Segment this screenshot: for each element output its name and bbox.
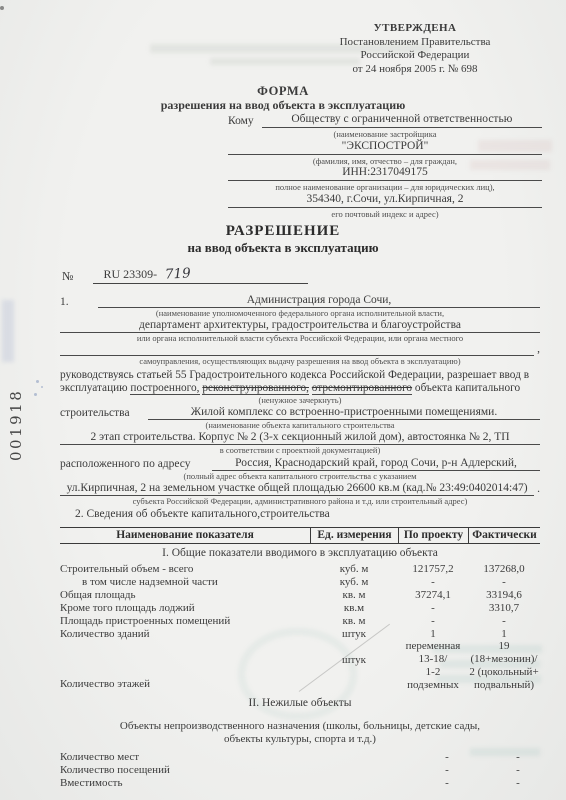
table-row: Количество зданий штук 1 1 — [60, 628, 540, 641]
field-hint: (наименование застройщика — [228, 129, 542, 140]
field-hint: (фамилия, имя, отчество – для граждан, — [228, 156, 542, 167]
row-unit: кв. м — [310, 615, 398, 628]
form-title-line: ФОРМА — [0, 84, 566, 98]
field-hint: его почтовый индекс и адрес) — [228, 209, 542, 220]
row-unit: штук — [310, 640, 398, 692]
approval-line: Российской Федерации — [288, 49, 542, 63]
floors-project-line: 1-2 — [398, 666, 468, 679]
field-hint: (наименование уполномоченного федерально… — [60, 308, 540, 319]
table-row: Общая площадь кв. м 37274,1 33194,6 — [60, 589, 540, 602]
field-hint: (полный адрес объекта капитального строи… — [60, 471, 540, 482]
indicators-table: Наименование показателя Ед. измерения По… — [60, 527, 540, 790]
row-project-value: - — [398, 777, 468, 790]
scan-edge-mark — [0, 6, 4, 10]
approval-block: УТВЕРЖДЕНА Постановлением Правительства … — [288, 22, 542, 76]
row-actual-value: - — [468, 751, 540, 764]
body-section: 1. Администрация города Сочи, (наименова… — [60, 294, 540, 520]
blank-line: , — [60, 343, 540, 356]
document-title-line: на ввод объекта в эксплуатацию — [0, 240, 566, 255]
object-address-1: Россия, Краснодарский край, город Сочи, … — [212, 457, 540, 471]
row-actual-value: - — [468, 615, 540, 628]
form-title-line: разрешения на ввод объекта в эксплуатаци… — [0, 98, 566, 112]
number-label: № — [62, 269, 73, 284]
field-hint: (ненужное зачеркнуть) — [60, 395, 540, 406]
number-printed: RU 23309- — [103, 267, 157, 281]
column-header: По проекту — [398, 528, 468, 543]
object-name-2: 2 этап строительства. Корпус № 2 (3-х се… — [60, 431, 540, 445]
form-title: ФОРМА разрешения на ввод объекта в экспл… — [0, 84, 566, 112]
row-actual-value: - — [468, 777, 540, 790]
floors-project-line: 13-18/ — [398, 653, 468, 666]
table-header-row: Наименование показателя Ед. измерения По… — [60, 527, 540, 544]
section-2-heading: 2. Сведения об объекте капитального,стро… — [60, 508, 540, 520]
document-number: № RU 23309-719 — [62, 266, 308, 284]
row-project-value: 1 — [398, 628, 468, 641]
approval-line: Постановлением Правительства — [288, 36, 542, 50]
addressee-inn: ИНН:2317049175 — [228, 166, 542, 181]
row-name: Количество этажей — [60, 640, 310, 692]
field-hint: субъекта Российской Федерации, администр… — [60, 496, 540, 507]
table-row: Вместимость - - — [60, 777, 540, 790]
table-row: в том числе надземной части куб. м - - — [60, 576, 540, 589]
ink-speck — [36, 380, 39, 383]
row-unit: куб. м — [310, 576, 398, 589]
row-actual-value: 33194,6 — [468, 589, 540, 602]
column-header: Ед. измерения — [310, 528, 398, 543]
row-project-value: - — [398, 615, 468, 628]
row-name: Количество мест — [60, 751, 310, 764]
approval-line: от 24 ноября 2005 г. № 698 — [288, 63, 542, 77]
word-reconstructed-struck: реконструированного, — [202, 382, 309, 395]
addressee-address: 354340, г.Сочи, ул.Кирпичная, 2 — [228, 193, 542, 208]
authority-name: Администрация города Сочи, — [98, 294, 540, 308]
table-row: Площадь пристроенных помещений кв. м - - — [60, 615, 540, 628]
paragraph-text: эксплуатацию — [60, 382, 128, 394]
ink-speck — [41, 386, 43, 388]
row-name: Строительный объем - всего — [60, 563, 310, 576]
nonproduction-line: объекты культуры, спорта и т.д.) — [60, 733, 540, 746]
row-project-value: - — [398, 751, 468, 764]
row-actual-value: 1 — [468, 628, 540, 641]
floors-actual-line: подвальный) — [468, 679, 540, 692]
row-project-value: 37274,1 — [398, 589, 468, 602]
row-actual-value: 137268,0 — [468, 563, 540, 576]
row-unit: кв.м — [310, 602, 398, 615]
to-label: Кому — [228, 115, 254, 128]
number-value: RU 23309-719 — [93, 266, 308, 284]
scanned-permit-document: 001918 УТВЕРЖДЕНА Постановлением Правите… — [0, 0, 566, 800]
row-project-value: - — [398, 576, 468, 589]
paragraph-line: руководствуясь статьей 55 Градостроитель… — [60, 369, 540, 382]
row-name: Площадь пристроенных помещений — [60, 615, 310, 628]
field-hint: (наименование объекта капитального строи… — [60, 420, 540, 431]
item-number: 1. — [60, 296, 98, 308]
addressee-block: Кому Обществу с ограниченной ответственн… — [228, 113, 542, 219]
floors-actual-line: 19 — [468, 640, 540, 653]
row-unit: кв. м — [310, 589, 398, 602]
table-section-1-title: I. Общие показатели вводимого в эксплуат… — [60, 547, 540, 559]
table-row-floors: Количество этажей штук переменная 13-18/… — [60, 640, 540, 692]
floors-actual-line: 2 (цокольный+ — [468, 666, 540, 679]
field-hint: в соответствии с проектной документацией… — [60, 445, 540, 456]
column-header: Наименование показателя — [60, 528, 310, 543]
trailing-period: . — [537, 483, 540, 496]
row-actual-value: - — [468, 764, 540, 777]
number-handwritten: 719 — [165, 265, 192, 282]
row-actual-value: 3310,7 — [468, 602, 540, 615]
floors-actual-line: (18+мезонин)/ — [468, 653, 540, 666]
row-name: Количество посещений — [60, 764, 310, 777]
floors-project-line: подземных — [398, 679, 468, 692]
trailing-comma: , — [537, 343, 540, 356]
row-name: Вместимость — [60, 777, 310, 790]
authority-department: департамент архитектуры, градостроительс… — [60, 319, 540, 333]
field-hint: или органа исполнительной власти субъект… — [60, 333, 540, 344]
table-row: Кроме того площадь лоджий кв.м - 3310,7 — [60, 602, 540, 615]
row-project-value: - — [398, 764, 468, 777]
bleedthrough-artifact — [2, 300, 14, 362]
ink-speck — [34, 393, 37, 396]
word-built: построенного, — [130, 382, 199, 395]
construction-label: строительства — [60, 407, 148, 420]
column-header: Фактически — [468, 528, 540, 543]
field-hint: полное наименование организации – для юр… — [228, 182, 542, 193]
table-row: Количество мест - - — [60, 751, 540, 764]
row-unit: куб. м — [310, 563, 398, 576]
row-name: Кроме того площадь лоджий — [60, 602, 310, 615]
word-repaired-struck: отремонтированного — [312, 382, 412, 395]
row-project-value: 121757,2 — [398, 563, 468, 576]
document-title: РАЗРЕШЕНИЕ на ввод объекта в эксплуатаци… — [0, 223, 566, 255]
approval-line: УТВЕРЖДЕНА — [288, 22, 542, 36]
serial-number-stamp: 001918 — [7, 389, 25, 461]
table-row: Строительный объем - всего куб. м 121757… — [60, 563, 540, 576]
field-hint: самоуправления, осуществляющих выдачу ра… — [60, 356, 540, 367]
addressee-name: "ЭКСПОСТРОЙ" — [228, 140, 542, 155]
nonproduction-line: Объекты непроизводственного назначения (… — [60, 720, 540, 733]
paragraph-line: эксплуатацию построенного, реконструиров… — [60, 382, 540, 395]
row-name: в том числе надземной части — [60, 576, 310, 589]
row-name: Общая площадь — [60, 589, 310, 602]
table-section-2-title: II. Нежилые объекты — [60, 697, 540, 709]
object-address-2: ул.Кирпичная, 2 на земельном участке общ… — [60, 482, 534, 496]
table-row: Количество посещений - - — [60, 764, 540, 777]
row-name: Количество зданий — [60, 628, 310, 641]
row-actual-value: - — [468, 576, 540, 589]
address-label: расположенного по адресу — [60, 458, 212, 471]
row-unit: штук — [310, 628, 398, 641]
document-title-line: РАЗРЕШЕНИЕ — [0, 223, 566, 240]
nonproduction-objects-note: Объекты непроизводственного назначения (… — [60, 720, 540, 746]
row-project-value: - — [398, 602, 468, 615]
object-name: Жилой комплекс со встроенно-пристроенным… — [148, 406, 540, 420]
paragraph-text: объекта капитального — [415, 382, 520, 394]
addressee-org: Обществу с ограниченной ответственностью — [262, 113, 542, 128]
floors-project-line: переменная — [398, 640, 468, 653]
